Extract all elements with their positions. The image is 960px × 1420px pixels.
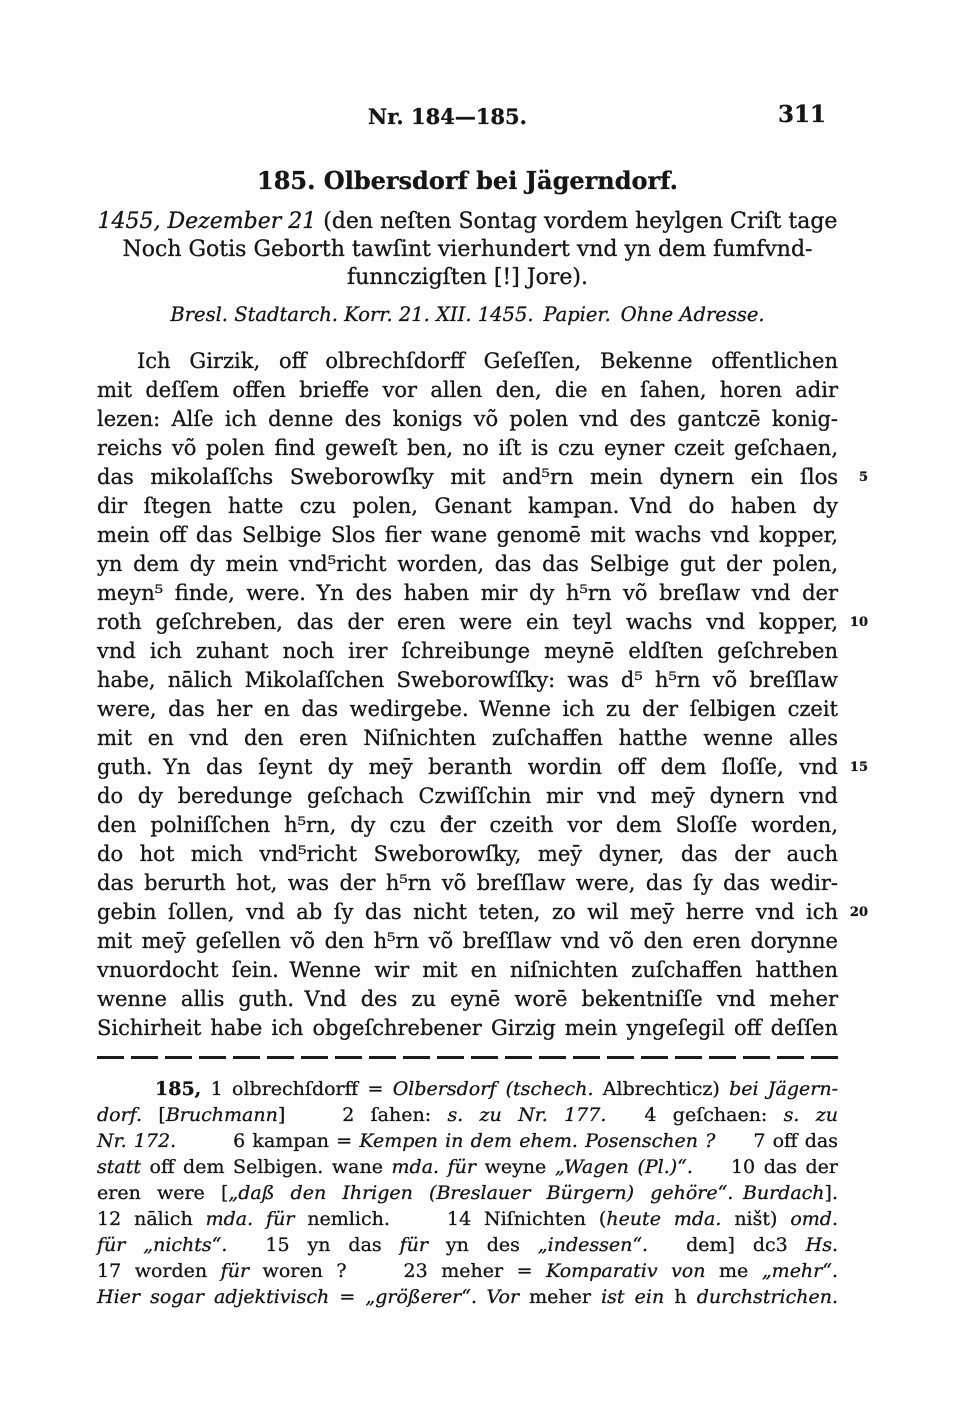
margin-line-number: 15	[850, 761, 868, 774]
text-line: reichs võ polen find geweſt ben, no iſt …	[97, 434, 838, 463]
running-head-number-range: Nr. 184—185.	[97, 104, 798, 129]
text-segment: mda. für	[392, 1156, 476, 1178]
text-segment: Bruchmann	[166, 1104, 278, 1126]
text-segment: Ich Girzik, off olbrechſdorff Geſeſſen, …	[137, 349, 838, 373]
text-segment: meher	[519, 1286, 601, 1308]
text-segment: 10 das der	[693, 1156, 838, 1178]
text-column: Nr. 184—185. 311 185. Olbersdorf bei Jäg…	[97, 104, 838, 1310]
text-segment: 17 worden	[97, 1260, 221, 1282]
text-line: meyn⁵ finde, were. Yn des haben mir dy h…	[97, 579, 838, 608]
source-reference: Bresl. Stadtarch. Korr. 21. XII. 1455. P…	[97, 303, 838, 326]
text-segment: yn des	[428, 1234, 538, 1256]
text-line: yn dem dy mein vnd⁵richt worden, das das…	[97, 550, 838, 579]
text-segment: Noch Gotis Geborth tawſint vierhundert v…	[123, 237, 813, 262]
text-line: das berurth hot, was der h⁵rn võ breſſla…	[97, 869, 838, 898]
text-line: roth geſchreben, das der eren were ein t…	[97, 608, 838, 637]
text-line: do hot mich vnd⁵richt Sweborowſky, meȳ d…	[97, 840, 838, 869]
text-segment: vnuordocht ſein. Wenne wir mit en niſnic…	[97, 958, 838, 982]
text-segment: omd.	[790, 1208, 838, 1230]
text-segment: den polniſſchen h⁵rn, dy czu đer czeith …	[97, 813, 838, 837]
text-segment: (den neſten Sontag vordem heylgen Criſt …	[316, 209, 837, 234]
text-segment: bei Jägern-	[729, 1078, 838, 1100]
text-line: 1455, Dezember 21 (den neſten Sontag vor…	[97, 208, 838, 236]
text-line: eren were [„daß den Ihrigen (Breslauer B…	[97, 1180, 838, 1206]
text-segment: off dem Selbigen. wane	[141, 1156, 392, 1178]
text-segment: s. zu Nr. 177.	[447, 1104, 606, 1126]
running-head: Nr. 184—185. 311	[97, 104, 838, 130]
text-line: habe, nālich Mikolaſſchen Sweborowſſky: …	[97, 666, 838, 695]
text-line: wenne allis guth. Vnd des zu eynē worē b…	[97, 985, 838, 1014]
text-line: Bresl. Stadtarch. Korr. 21. XII. 1455. P…	[97, 303, 838, 326]
text-line: mit meȳ geſellen võ den h⁵rn võ breſſlaw…	[97, 927, 838, 956]
margin-line-number: 20	[850, 906, 868, 919]
text-segment: guth. Yn das ſeynt dy meȳ beranth wordin…	[97, 755, 838, 779]
text-segment: do hot mich vnd⁵richt Sweborowſky, meȳ d…	[97, 842, 838, 866]
text-segment: 7 off das	[715, 1130, 838, 1152]
text-segment: wenne allis guth. Vnd des zu eynē worē b…	[97, 987, 838, 1011]
scanned-book-page: Nr. 184—185. 311 185. Olbersdorf bei Jäg…	[0, 0, 960, 1420]
text-segment: h	[664, 1286, 696, 1308]
text-segment: meyn⁵ finde, were. Yn des haben mir dy h…	[97, 581, 838, 605]
text-segment: „indessen“.	[538, 1234, 648, 1256]
text-segment: nemlich. 14 Niſnichten (	[294, 1208, 606, 1230]
text-segment: dem] dc3	[648, 1234, 806, 1256]
text-segment: für	[221, 1260, 249, 1282]
text-segment: Burdach	[743, 1182, 825, 1204]
text-line: Hier sogar adjektivisch = „größerer“. Vo…	[97, 1284, 838, 1310]
text-line: 12 nālich mda. für nemlich. 14 Niſnichte…	[97, 1206, 838, 1232]
text-segment: 15 yn das	[227, 1234, 399, 1256]
text-line: were, das her en das wedirgebe. Wenne ic…	[97, 695, 838, 724]
text-line: das mikolaſſchs Sweborowſky mit and⁵rn m…	[97, 463, 838, 492]
text-segment: do dy beredunge geſchach Czwiſſchin mir …	[97, 784, 838, 808]
text-line: Nr. 172. 6 kampan = Kempen in dem ehem. …	[97, 1128, 838, 1154]
text-segment: „mehr“.	[762, 1260, 838, 1282]
text-line: den polniſſchen h⁵rn, dy czu đer czeith …	[97, 811, 838, 840]
text-segment: Albrechticz)	[593, 1078, 729, 1100]
text-segment: Bresl. Stadtarch. Korr. 21. XII. 1455. P…	[170, 303, 764, 326]
text-segment: s. zu	[784, 1104, 838, 1126]
text-segment: mein off das Selbige Slos fier wane geno…	[97, 523, 838, 547]
text-segment: weyne	[476, 1156, 555, 1178]
text-segment: dir ſtegen hatte czu polen, Genant kampa…	[97, 494, 838, 518]
text-segment: woren ? 23 meher =	[249, 1260, 546, 1282]
text-segment: Sichirheit habe ich obgeſchrebener Girzi…	[97, 1016, 838, 1040]
text-segment: mit deſſem offen brieffe vor allen den, …	[97, 378, 838, 402]
text-segment: ništ)	[721, 1208, 790, 1230]
text-segment: 12 nālich	[97, 1208, 206, 1230]
text-segment	[477, 1286, 487, 1308]
charter-title: 185. Olbersdorf bei Jägerndorf.	[97, 166, 838, 195]
text-segment: „Wagen (Pl.)“.	[555, 1156, 693, 1178]
text-segment: statt	[97, 1156, 141, 1178]
text-segment: funnczigſten [!] Jore).	[347, 265, 588, 290]
text-segment: gebin ſollen, vnd ab ſy das nicht teten,…	[97, 900, 838, 924]
text-segment: das mikolaſſchs Sweborowſky mit and⁵rn m…	[97, 465, 838, 489]
text-segment: eren were [	[97, 1182, 228, 1204]
text-segment: heute mda.	[606, 1208, 721, 1230]
text-segment: 6 kampan =	[176, 1130, 359, 1152]
text-line: Noch Gotis Geborth tawſint vierhundert v…	[97, 236, 838, 264]
text-segment: mda. für	[206, 1208, 295, 1230]
critical-apparatus-footnotes: 185, 1 olbrechſdorff = Olbersdorf (tsche…	[97, 1076, 838, 1310]
text-segment: 1 olbrechſdorff =	[201, 1078, 392, 1100]
page-number: 311	[778, 101, 826, 128]
text-segment: yn dem dy mein vnd⁵richt worden, das das…	[97, 552, 838, 576]
text-line: Ich Girzik, off olbrechſdorff Geſeſſen, …	[97, 347, 838, 376]
text-segment: durchstrichen.	[697, 1286, 838, 1308]
text-line: lezen: Alſe ich denne des konigs võ pole…	[97, 405, 838, 434]
text-line: mit en vnd den eren Niſnichten zuſchaffe…	[97, 724, 838, 753]
text-line: dir ſtegen hatte czu polen, Genant kampa…	[97, 492, 838, 521]
text-segment: Nr. 172.	[97, 1130, 176, 1152]
text-segment	[733, 1182, 743, 1204]
margin-line-number: 10	[850, 616, 868, 629]
text-segment: ist ein	[601, 1286, 664, 1308]
text-line: vnuordocht ſein. Wenne wir mit en niſnic…	[97, 956, 838, 985]
date-block: 1455, Dezember 21 (den neſten Sontag vor…	[97, 208, 838, 292]
text-segment: [	[142, 1104, 166, 1126]
text-segment: were, das her en das wedirgebe. Wenne ic…	[97, 697, 838, 721]
text-segment: Hs.	[806, 1234, 838, 1256]
text-segment: ] 2 ſahen:	[278, 1104, 448, 1126]
text-line: vnd ich zuhant noch irer ſchreibunge mey…	[97, 637, 838, 666]
text-line: do dy beredunge geſchach Czwiſſchin mir …	[97, 782, 838, 811]
text-segment: Kempen in dem ehem. Posenschen ?	[359, 1130, 715, 1152]
text-line: guth. Yn das ſeynt dy meȳ beranth wordin…	[97, 753, 838, 782]
text-segment: 185,	[155, 1078, 201, 1100]
text-segment: mit meȳ geſellen võ den h⁵rn võ breſſlaw…	[97, 929, 838, 953]
charter-body-text: Ich Girzik, off olbrechſdorff Geſeſſen, …	[97, 347, 838, 1043]
text-segment: für	[400, 1234, 428, 1256]
text-line: statt off dem Selbigen. wane mda. für we…	[97, 1154, 838, 1180]
text-segment: 4 geſchaen:	[606, 1104, 783, 1126]
text-line: Sichirheit habe ich obgeſchrebener Girzi…	[97, 1014, 838, 1043]
text-segment: lezen: Alſe ich denne des konigs võ pole…	[97, 407, 838, 431]
text-line: dorf. [Bruchmann] 2 ſahen: s. zu Nr. 177…	[97, 1102, 838, 1128]
text-segment: Komparativ von	[546, 1260, 705, 1282]
text-segment: mit en vnd den eren Niſnichten zuſchaffe…	[97, 726, 838, 750]
text-segment: „daß den Ihrigen (Breslauer Bürgern) geh…	[228, 1182, 733, 1204]
text-segment: 1455, Dezember 21	[98, 209, 317, 234]
text-segment: Hier sogar adjektivisch = „größerer“.	[97, 1286, 477, 1308]
text-line: mit deſſem offen brieffe vor allen den, …	[97, 376, 838, 405]
footnote-separator-rule	[97, 1056, 838, 1059]
text-segment: Olbersdorf (tschech.	[393, 1078, 594, 1100]
text-line: 185, 1 olbrechſdorff = Olbersdorf (tsche…	[97, 1076, 838, 1102]
text-line: 17 worden für woren ? 23 meher = Kompara…	[97, 1258, 838, 1284]
text-segment: Vor	[487, 1286, 520, 1308]
text-segment: roth geſchreben, das der eren were ein t…	[97, 610, 838, 634]
text-segment: dorf.	[97, 1104, 142, 1126]
text-segment: reichs võ polen find geweſt ben, no iſt …	[97, 436, 838, 460]
text-segment: das berurth hot, was der h⁵rn võ breſſla…	[97, 871, 838, 895]
text-segment: me	[706, 1260, 762, 1282]
text-segment: vnd ich zuhant noch irer ſchreibunge mey…	[97, 639, 838, 663]
text-segment: für „nichts“.	[97, 1234, 227, 1256]
text-line: für „nichts“. 15 yn das für yn des „inde…	[97, 1232, 838, 1258]
text-line: funnczigſten [!] Jore).	[97, 264, 838, 292]
text-line: gebin ſollen, vnd ab ſy das nicht teten,…	[97, 898, 838, 927]
text-line: mein off das Selbige Slos fier wane geno…	[97, 521, 838, 550]
text-segment: ].	[825, 1182, 838, 1204]
text-segment: habe, nālich Mikolaſſchen Sweborowſſky: …	[97, 668, 838, 692]
margin-line-number: 5	[859, 471, 868, 484]
